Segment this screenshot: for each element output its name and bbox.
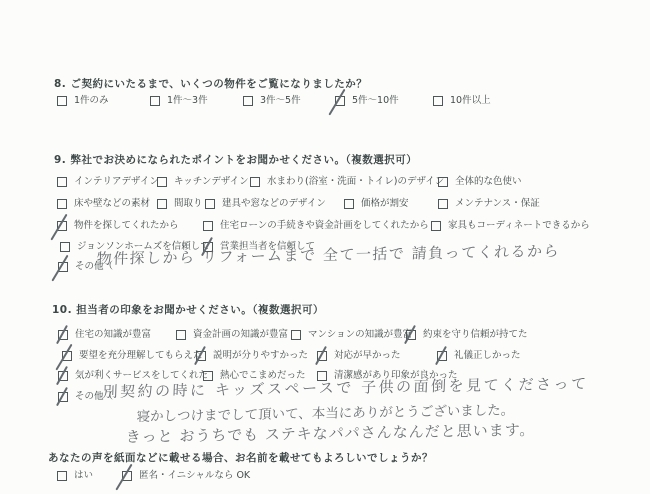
- checkbox-icon[interactable]: [57, 471, 67, 481]
- checkbox-icon[interactable]: [335, 96, 345, 106]
- check-mark: [435, 346, 447, 365]
- consent-option-anonymous-ok[interactable]: 匿名・イニシャルなら OK: [122, 470, 250, 481]
- checkbox-icon[interactable]: [122, 471, 132, 481]
- checkbox-icon[interactable]: [62, 351, 72, 361]
- checkbox-icon[interactable]: [291, 330, 301, 340]
- check-mark: [56, 366, 68, 385]
- q8-option-1-3[interactable]: 1件～3件: [150, 95, 208, 106]
- q9-option-water-area-design[interactable]: 水まわり(浴室・洗面・トイレ)のデザイン: [250, 176, 444, 187]
- checkbox-icon[interactable]: [196, 351, 206, 361]
- checkbox-icon[interactable]: [203, 221, 213, 231]
- consent-option-yes[interactable]: はい: [57, 470, 93, 481]
- checkbox-icon[interactable]: [58, 392, 68, 402]
- q10-option-kept-promises[interactable]: 約束を守り信頼が持てた: [406, 329, 528, 340]
- q10-option-quick-response[interactable]: 対応が早かった: [317, 350, 401, 361]
- check-mark: [56, 387, 68, 406]
- check-mark: [404, 325, 416, 344]
- q9-option-maintenance-warranty[interactable]: メンテナンス・保証: [438, 198, 540, 209]
- survey-form-page: 8. ご契約にいたるまで、いくつの物件をご覧になりましたか？ 1件のみ 1件～3…: [0, 0, 650, 494]
- checkbox-icon[interactable]: [205, 199, 215, 209]
- checkbox-icon[interactable]: [406, 330, 416, 340]
- checkbox-icon[interactable]: [176, 330, 186, 340]
- q9-option-found-property[interactable]: 物件を探してくれたから: [57, 220, 179, 231]
- checkbox-icon[interactable]: [317, 351, 327, 361]
- checkbox-icon[interactable]: [157, 177, 167, 187]
- check-mark: [194, 346, 206, 365]
- q9-option-furniture-coordinate[interactable]: 家具もコーディネートできるから: [431, 220, 590, 231]
- q10-option-clear-explanation[interactable]: 説明が分りやすかった: [196, 350, 308, 361]
- q10-option-funding-knowledge[interactable]: 資金計画の知識が豊富: [176, 329, 288, 340]
- checkbox-icon[interactable]: [57, 221, 67, 231]
- check-mark: [56, 325, 68, 344]
- q8-option-10plus[interactable]: 10件以上: [433, 95, 491, 106]
- check-mark: [51, 255, 68, 282]
- checkbox-icon[interactable]: [437, 351, 447, 361]
- consent-question: あなたの声を紙面などに載せる場合、お名前を載せてもよろしいでしょうか？: [48, 450, 433, 465]
- checkbox-icon[interactable]: [57, 177, 67, 187]
- q9-option-price-bargain[interactable]: 価格が割安: [344, 198, 409, 209]
- checkbox-icon[interactable]: [433, 96, 443, 106]
- checkbox-icon[interactable]: [243, 96, 253, 106]
- check-mark: [50, 214, 67, 241]
- q9-option-interior-design[interactable]: インテリアデザイン: [57, 176, 159, 187]
- check-mark: [115, 464, 132, 491]
- checkbox-icon[interactable]: [250, 177, 260, 187]
- check-mark: [328, 89, 345, 116]
- check-mark: [55, 344, 72, 371]
- checkbox-icon[interactable]: [57, 96, 67, 106]
- checkbox-icon[interactable]: [60, 242, 70, 252]
- q9-option-loan-funding-plan[interactable]: 住宅ローンの手続きや資金計画をしてくれたから: [203, 220, 429, 231]
- checkbox-icon[interactable]: [58, 262, 68, 272]
- q9-option-floor-wall-material[interactable]: 床や壁などの素材: [57, 198, 150, 209]
- checkbox-icon[interactable]: [58, 371, 68, 381]
- q8-option-3-5[interactable]: 3件～5件: [243, 95, 301, 106]
- checkbox-icon[interactable]: [344, 199, 354, 209]
- question-8-title: 8. ご契約にいたるまで、いくつの物件をご覧になりましたか？: [54, 76, 367, 91]
- q9-option-overall-color[interactable]: 全体的な色使い: [438, 176, 522, 187]
- checkbox-icon[interactable]: [438, 199, 448, 209]
- q9-option-kitchen-design[interactable]: キッチンデザイン: [157, 176, 249, 187]
- checkbox-icon[interactable]: [58, 330, 68, 340]
- checkbox-icon[interactable]: [431, 221, 441, 231]
- question-10-title: 10. 担当者の印象をお聞かせください。（複数選択可）: [52, 302, 324, 317]
- check-mark: [315, 346, 327, 365]
- question-9-title: 9. 弊社でお決めになられたポイントをお聞かせください。（複数選択可）: [54, 152, 417, 167]
- q8-option-5-10[interactable]: 5件～10件: [335, 95, 399, 106]
- q10-option-housing-knowledge[interactable]: 住宅の知識が豊富: [58, 329, 151, 340]
- q10-option-understood-needs[interactable]: 要望を充分理解してもらえた: [62, 350, 203, 361]
- checkbox-icon[interactable]: [57, 199, 67, 209]
- q10-option-polite[interactable]: 礼儀正しかった: [437, 350, 521, 361]
- checkbox-icon[interactable]: [150, 96, 160, 106]
- checkbox-icon[interactable]: [438, 177, 448, 187]
- q9-option-floor-plan[interactable]: 間取り: [157, 198, 203, 209]
- q8-option-1-only[interactable]: 1件のみ: [57, 95, 109, 106]
- q9-option-fittings-windows-design[interactable]: 建具や窓などのデザイン: [205, 198, 326, 209]
- checkbox-icon[interactable]: [157, 199, 167, 209]
- q10-option-mansion-knowledge[interactable]: マンションの知識が豊富: [291, 329, 412, 340]
